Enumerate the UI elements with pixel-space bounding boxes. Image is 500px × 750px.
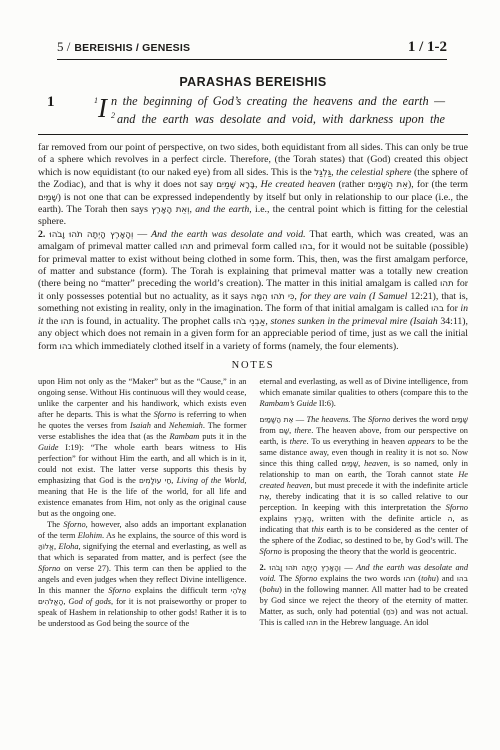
notes-heading: NOTES	[38, 360, 468, 371]
verse-number-2: 2	[111, 111, 115, 120]
note-paragraph: eternal and everlasting, as well as of D…	[260, 376, 469, 409]
divider-rule	[38, 134, 468, 135]
commentary-paragraph: far removed from our point of perspectiv…	[38, 142, 468, 229]
commentary-paragraph: 2. וְהָאָרֶץ הָיְתָה תֹהוּ וָבֹהוּ — And…	[38, 229, 468, 353]
book-page: 5 / BEREISHIS / GENESIS 1 / 1-2 PARASHAS…	[0, 0, 500, 750]
commentary-section: far removed from our point of perspectiv…	[38, 142, 468, 353]
note-paragraph: 2. וְהָאָרֶץ הָיְתָה תֹהוּ וָבֹהוּ — And…	[260, 562, 469, 628]
verse-line-2-text: and the earth was desolate and void, wit…	[117, 112, 445, 126]
page-number: 5 /	[57, 39, 70, 54]
parashah-title: PARASHAS BEREISHIS	[38, 75, 468, 89]
note-paragraph: The Sforno, however, also adds an import…	[38, 519, 247, 629]
notes-left-column: upon Him not only as the “Maker” but as …	[38, 376, 247, 629]
header-left: 5 / BEREISHIS / GENESIS	[57, 38, 190, 56]
chapter-verse-reference: 1 / 1-2	[408, 39, 447, 56]
verse-line-1: n the beginning of God’s creating the he…	[94, 92, 445, 110]
note-paragraph: upon Him not only as the “Maker” but as …	[38, 376, 247, 519]
verse-row: 1 1I n the beginning of God’s creating t…	[38, 92, 468, 128]
notes-section: upon Him not only as the “Maker” but as …	[38, 376, 468, 629]
torah-verse-translation: 1I n the beginning of God’s creating the…	[94, 92, 445, 128]
verse-dropcap: I	[98, 93, 107, 123]
verse-dropcap-group: 1I	[94, 92, 107, 123]
book-title: BEREISHIS / GENESIS	[74, 42, 190, 54]
verse-line-2: 2and the earth was desolate and void, wi…	[94, 110, 445, 128]
note-paragraph: אֵת הַשָּׁמַיִם — The heavens. The Sforn…	[260, 414, 469, 557]
page-header: 5 / BEREISHIS / GENESIS 1 / 1-2	[57, 38, 447, 60]
chapter-number: 1	[38, 92, 94, 128]
notes-right-column: eternal and everlasting, as well as of D…	[260, 376, 469, 629]
